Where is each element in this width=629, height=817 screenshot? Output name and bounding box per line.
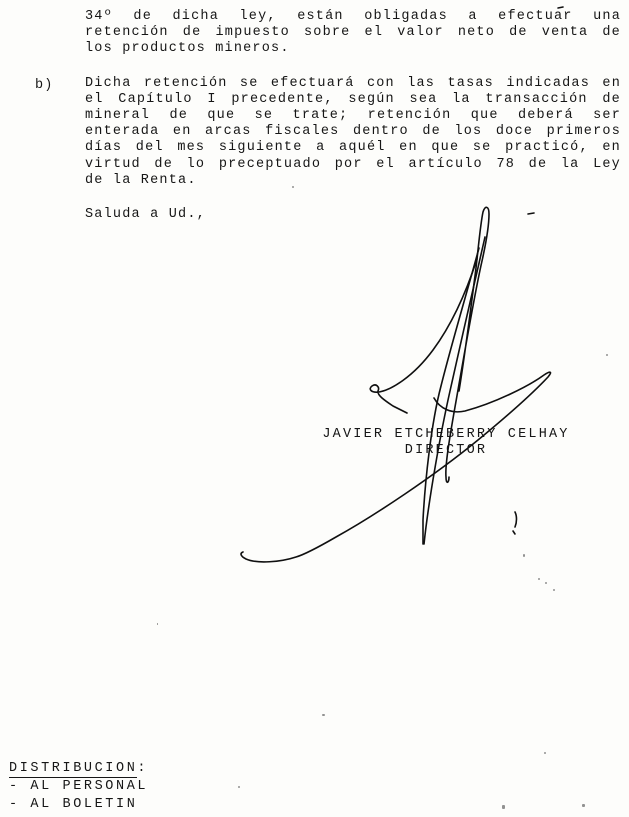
scan-speck [502, 805, 505, 809]
scan-speck [544, 752, 546, 754]
body-line: virtud de lo preceptuado por el artículo… [85, 157, 621, 173]
body-line: los productos mineros. [85, 41, 621, 57]
body-text: 34º de dicha ley, están obligadas a efec… [85, 9, 621, 223]
distribution-title-line: DISTRIBUCION: [9, 760, 148, 778]
body-line: retención de impuesto sobre el valor net… [85, 25, 621, 41]
distribution-section: DISTRIBUCION: - AL PERSONAL - AL BOLETIN [9, 760, 148, 814]
distribution-item: - AL PERSONAL [9, 778, 148, 796]
body-line: el Capítulo I precedente, según sea la t… [85, 92, 621, 108]
body-line: enterada en arcas fiscales dentro de los… [85, 124, 621, 140]
scan-speck [545, 582, 547, 584]
signatory-name: JAVIER ETCHEBERRY CELHAY [317, 427, 575, 443]
signature-block: JAVIER ETCHEBERRY CELHAY DIRECTOR [317, 427, 575, 459]
document-page: 34º de dicha ley, están obligadas a efec… [0, 0, 629, 817]
closing-salutation: Saluda a Ud., [85, 207, 621, 223]
body-line: Dicha retención se efectuará con las tas… [85, 76, 621, 92]
body-line: mineral de que se trate; retención que d… [85, 108, 621, 124]
scan-speck [157, 623, 158, 625]
scan-speck [538, 578, 540, 580]
scan-speck [523, 554, 525, 557]
scan-speck [322, 714, 325, 716]
paragraph-a-continuation: 34º de dicha ley, están obligadas a efec… [85, 9, 621, 58]
paragraph-b: Dicha retención se efectuará con las tas… [85, 76, 621, 189]
signatory-title: DIRECTOR [317, 443, 575, 459]
scan-speck [582, 804, 585, 807]
distribution-title-colon: : [137, 761, 148, 776]
distribution-title: DISTRIBUCION [9, 761, 137, 778]
scan-speck [292, 186, 294, 188]
scan-speck [606, 354, 608, 356]
body-line: días del mes siguiente a aquél en que se… [85, 140, 621, 156]
body-line: 34º de dicha ley, están obligadas a efec… [85, 9, 621, 25]
distribution-item: - AL BOLETIN [9, 796, 148, 814]
list-marker-b: b) [35, 78, 54, 93]
scan-speck [238, 786, 240, 788]
scan-speck [553, 589, 555, 591]
body-line: de la Renta. [85, 173, 621, 189]
